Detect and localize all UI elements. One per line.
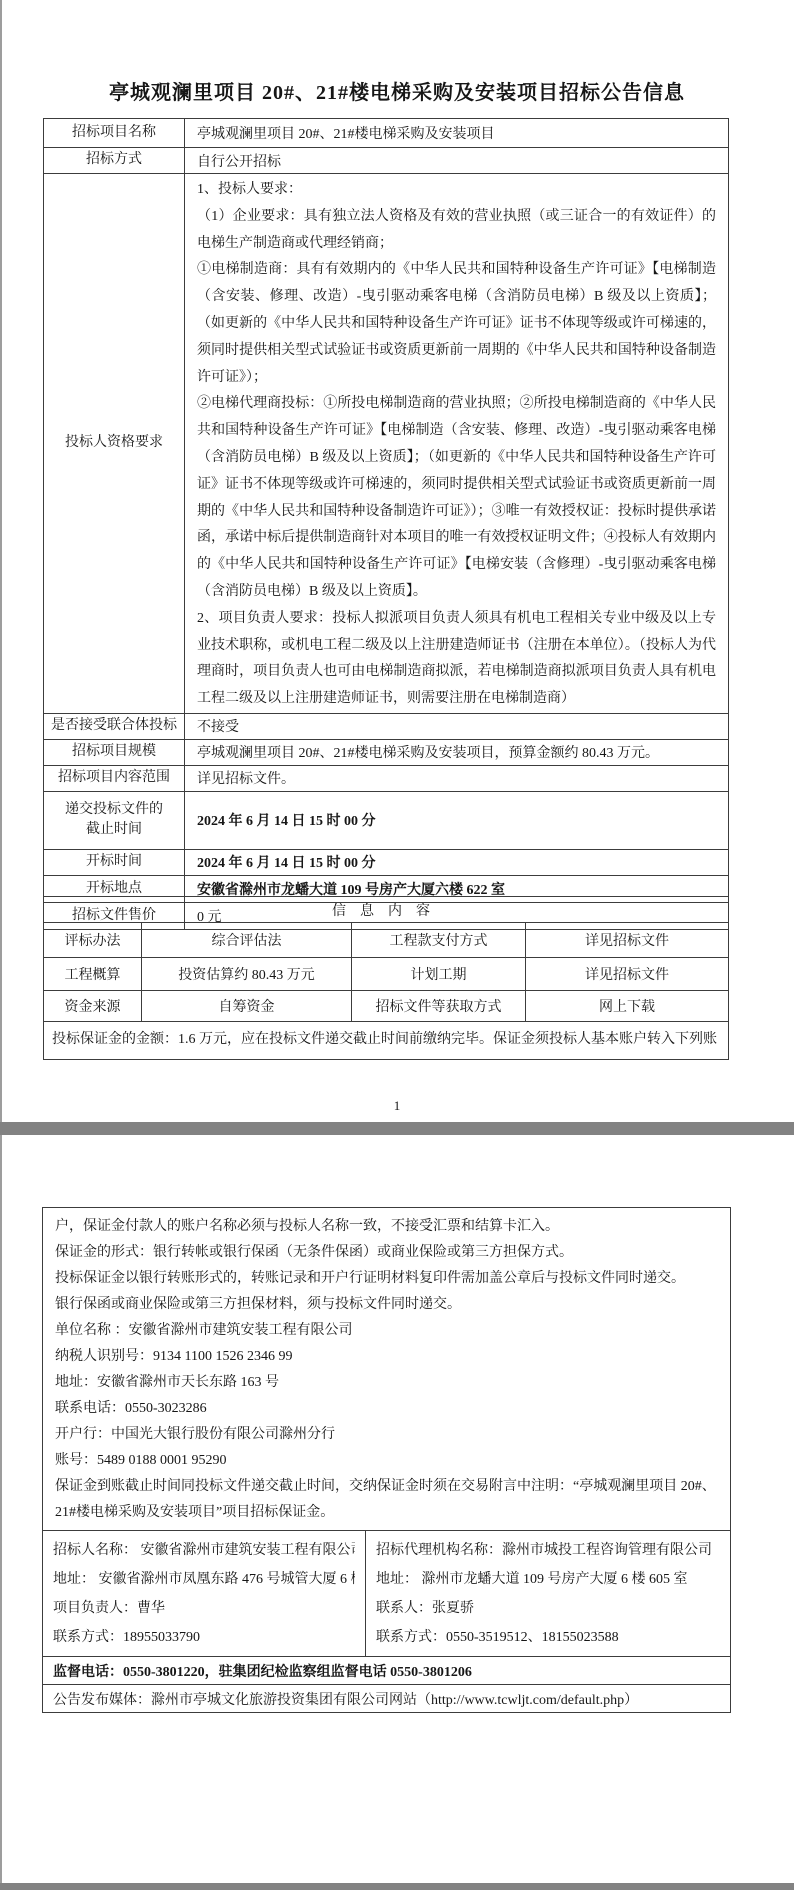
agency-info-cell: 招标代理机构名称：滁州市城投工程咨询管理有限公司 地址： 滁州市龙蟠大道 109… <box>366 1531 731 1657</box>
info-value-evaluation-method: 综合评估法 <box>142 923 352 958</box>
info-value-document-access: 网上下载 <box>526 991 729 1022</box>
deposit-account-details: 户，保证金付款人的账户名称必须与投标人名称一致，不接受汇票和结算卡汇入。 保证金… <box>43 1208 731 1531</box>
bid-deposit-note: 投标保证金的金额：1.6 万元，应在投标文件递交截止时间前缴纳完毕。保证金须投标… <box>44 1022 729 1060</box>
info-label-document-access: 招标文件等获取方式 <box>352 991 526 1022</box>
info-label-project-estimate: 工程概算 <box>44 958 142 991</box>
table-row: 招标方式 自行公开招标 <box>44 148 729 174</box>
agency-address: 地址： 滁州市龙蟠大道 109 号房产大厦 6 楼 605 室 <box>376 1565 720 1594</box>
row-label-consortium: 是否接受联合体投标 <box>44 713 185 739</box>
agency-contact: 联系方式：0550-3519512、18155023588 <box>376 1623 720 1652</box>
table-row: 招标项目名称 亭城观澜里项目 20#、21#楼电梯采购及安装项目 <box>44 119 729 148</box>
bidder-info-cell: 招标人名称： 安徽省滁州市建筑安装工程有限公司 地址： 安徽省滁州市凤凰东路 4… <box>43 1531 366 1657</box>
account-line: 纳税人识别号：9134 1100 1526 2346 99 <box>55 1344 718 1370</box>
account-line: 单位名称 ：安徽省滁州市建筑安装工程有限公司 <box>55 1318 718 1344</box>
table-row: 公告发布媒体：滁州市亭城文化旅游投资集团有限公司网站（http://www.tc… <box>43 1685 731 1713</box>
row-label-bid-method: 招标方式 <box>44 148 185 174</box>
page-number: 1 <box>0 1098 794 1114</box>
row-label-submission-deadline: 递交投标文件的 截止时间 <box>44 791 185 849</box>
table-row: 评标办法 综合评估法 工程款支付方式 详见招标文件 <box>44 923 729 958</box>
info-label-fund-source: 资金来源 <box>44 991 142 1022</box>
bottom-edge-bar <box>0 1883 794 1890</box>
account-line: 户，保证金付款人的账户名称必须与投标人名称一致，不接受汇票和结算卡汇入。 <box>55 1214 718 1240</box>
announcement-table: 招标项目名称 亭城观澜里项目 20#、21#楼电梯采购及安装项目 招标方式 自行… <box>43 118 729 930</box>
row-label-content-scope: 招标项目内容范围 <box>44 765 185 791</box>
supervision-phone: 监督电话：0550-3801220，驻集团纪检监察组监督电话 0550-3801… <box>43 1657 731 1685</box>
row-label-project-name: 招标项目名称 <box>44 119 185 148</box>
row-value-project-scale: 亭城观澜里项目 20#、21#楼电梯采购及安装项目，预算金额约 80.43 万元… <box>185 739 729 765</box>
announcement-media: 公告发布媒体：滁州市亭城文化旅游投资集团有限公司网站（http://www.tc… <box>43 1685 731 1713</box>
page-left-edge <box>0 0 2 1890</box>
account-line: 投标保证金以银行转账形式的，转账记录和开户行证明材料复印件需加盖公章后与投标文件… <box>55 1266 718 1292</box>
row-value-content-scope: 详见招标文件。 <box>185 765 729 791</box>
qualification-paragraph: ①电梯制造商：具有有效期内的《中华人民共和国特种设备生产许可证》【电梯制造（含安… <box>197 257 716 391</box>
qualification-paragraph: （1）企业要求：具有独立法人资格及有效的营业执照（或三证合一的有效证件）的电梯生… <box>197 204 716 258</box>
row-label-opening-time: 开标时间 <box>44 849 185 875</box>
table-row: 招标人名称： 安徽省滁州市建筑安装工程有限公司 地址： 安徽省滁州市凤凰东路 4… <box>43 1531 731 1657</box>
continuation-table: 户，保证金付款人的账户名称必须与投标人名称一致，不接受汇票和结算卡汇入。 保证金… <box>42 1207 731 1713</box>
agency-name: 招标代理机构名称：滁州市城投工程咨询管理有限公司 <box>376 1536 720 1565</box>
account-line: 地址：安徽省滁州市天长东路 163 号 <box>55 1370 718 1396</box>
info-value-fund-source: 自筹资金 <box>142 991 352 1022</box>
table-row: 信息内容 <box>44 897 729 923</box>
table-row: 递交投标文件的 截止时间 2024 年 6 月 14 日 15 时 00 分 <box>44 791 729 849</box>
row-value-qualification: 1、投标人要求： （1）企业要求：具有独立法人资格及有效的营业执照（或三证合一的… <box>185 174 729 714</box>
info-value-planned-duration: 详见招标文件 <box>526 958 729 991</box>
qualification-paragraph: ②电梯代理商投标：①所投电梯制造商的营业执照；②所投电梯制造商的《中华人民共和国… <box>197 391 716 605</box>
account-line: 银行保函或商业保险或第三方担保材料，须与投标文件同时递交。 <box>55 1292 718 1318</box>
row-value-consortium: 不接受 <box>185 713 729 739</box>
info-label-evaluation-method: 评标办法 <box>44 923 142 958</box>
bidder-project-manager: 项目负责人：曹华 <box>53 1594 355 1623</box>
qualification-paragraph: 2、项目负责人要求：投标人拟派项目负责人须具有机电工程相关专业中级及以上专业技术… <box>197 606 716 713</box>
table-row: 投标人资格要求 1、投标人要求： （1）企业要求：具有独立法人资格及有效的营业执… <box>44 174 729 714</box>
table-row: 资金来源 自筹资金 招标文件等获取方式 网上下载 <box>44 991 729 1022</box>
row-value-bid-method: 自行公开招标 <box>185 148 729 174</box>
info-section-header: 信息内容 <box>44 897 729 923</box>
account-line: 联系电话：0550-3023286 <box>55 1396 718 1422</box>
bidder-name: 招标人名称： 安徽省滁州市建筑安装工程有限公司 <box>53 1536 355 1565</box>
table-row: 是否接受联合体投标 不接受 <box>44 713 729 739</box>
qualification-paragraph: 1、投标人要求： <box>197 177 716 204</box>
table-row: 开标时间 2024 年 6 月 14 日 15 时 00 分 <box>44 849 729 875</box>
bidder-address: 地址： 安徽省滁州市凤凰东路 476 号城管大厦 6 楼 <box>53 1565 355 1594</box>
account-line: 账号：5489 0188 0001 95290 <box>55 1448 718 1474</box>
info-label-planned-duration: 计划工期 <box>352 958 526 991</box>
table-row: 工程概算 投资估算约 80.43 万元 计划工期 详见招标文件 <box>44 958 729 991</box>
table-row: 监督电话：0550-3801220，驻集团纪检监察组监督电话 0550-3801… <box>43 1657 731 1685</box>
info-value-project-estimate: 投资估算约 80.43 万元 <box>142 958 352 991</box>
info-content-table: 信息内容 评标办法 综合评估法 工程款支付方式 详见招标文件 工程概算 投资估算… <box>43 896 729 1060</box>
agency-contact-person: 联系人：张夏骄 <box>376 1594 720 1623</box>
page-title: 亭城观澜里项目 20#、21#楼电梯采购及安装项目招标公告信息 <box>0 76 794 105</box>
page-break-bar <box>0 1122 794 1135</box>
account-line: 保证金到账截止时间同投标文件递交截止时间，交纳保证金时须在交易附言中注明：“亭城… <box>55 1474 718 1526</box>
row-value-submission-deadline: 2024 年 6 月 14 日 15 时 00 分 <box>185 791 729 849</box>
table-row: 户，保证金付款人的账户名称必须与投标人名称一致，不接受汇票和结算卡汇入。 保证金… <box>43 1208 731 1531</box>
row-value-opening-time: 2024 年 6 月 14 日 15 时 00 分 <box>185 849 729 875</box>
row-label-project-scale: 招标项目规模 <box>44 739 185 765</box>
table-row: 招标项目规模 亭城观澜里项目 20#、21#楼电梯采购及安装项目，预算金额约 8… <box>44 739 729 765</box>
account-line: 开户行：中国光大银行股份有限公司滁州分行 <box>55 1422 718 1448</box>
info-label-payment-method: 工程款支付方式 <box>352 923 526 958</box>
table-row: 投标保证金的金额：1.6 万元，应在投标文件递交截止时间前缴纳完毕。保证金须投标… <box>44 1022 729 1060</box>
bid-announcement-document: { "document": { "title": "亭城观澜里项目 20#、21… <box>0 0 794 1890</box>
account-line: 保证金的形式：银行转帐或银行保函（无条件保函）或商业保险或第三方担保方式。 <box>55 1240 718 1266</box>
bidder-contact: 联系方式：18955033790 <box>53 1623 355 1652</box>
row-label-qualification: 投标人资格要求 <box>44 174 185 714</box>
info-value-payment-method: 详见招标文件 <box>526 923 729 958</box>
row-value-project-name: 亭城观澜里项目 20#、21#楼电梯采购及安装项目 <box>185 119 729 148</box>
table-row: 招标项目内容范围 详见招标文件。 <box>44 765 729 791</box>
